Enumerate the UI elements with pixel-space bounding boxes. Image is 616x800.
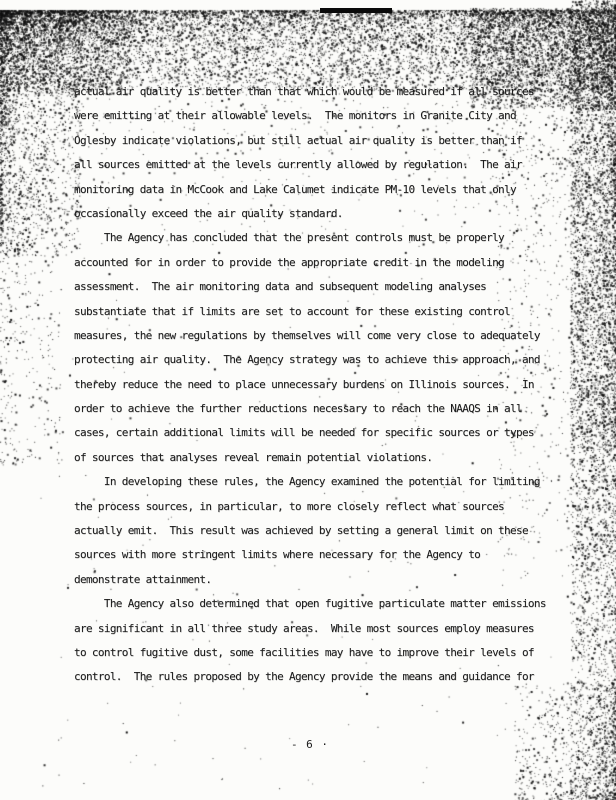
text-line: substantiate that if limits are set to a… [74, 300, 556, 324]
text-line: The Agency also determined that open fug… [74, 592, 556, 616]
text-line: monitoring data in McCook and Lake Calum… [74, 178, 556, 202]
text-line: measures, the new regulations by themsel… [74, 324, 556, 348]
text-line: are significant in all three study areas… [74, 617, 556, 641]
text-line: occasionally exceed the air quality stan… [74, 202, 556, 226]
text-line: actual air quality is better than that w… [74, 80, 556, 104]
text-line: demonstrate attainment. [74, 568, 556, 592]
text-line: protecting air quality. The Agency strat… [74, 348, 556, 372]
text-line: were emitting at their allowable levels.… [74, 104, 556, 128]
text-line: thereby reduce the need to place unneces… [74, 373, 556, 397]
text-line: of sources that analyses reveal remain p… [74, 446, 556, 470]
text-line: In developing these rules, the Agency ex… [74, 470, 556, 494]
text-line: all sources emitted at the levels curren… [74, 153, 556, 177]
scan-black-bar-artifact [320, 8, 392, 13]
page-number: - 6 · [75, 738, 545, 751]
text-line: sources with more stringent limits where… [74, 543, 556, 567]
body-text: actual air quality is better than that w… [74, 80, 556, 690]
text-line: order to achieve the further reductions … [74, 397, 556, 421]
text-line: control. The rules proposed by the Agenc… [74, 665, 556, 689]
document-page: actual air quality is better than that w… [0, 0, 616, 800]
text-line: accounted for in order to provide the ap… [74, 251, 556, 275]
text-line: actually emit. This result was achieved … [74, 519, 556, 543]
text-line: the process sources, in particular, to m… [74, 495, 556, 519]
text-line: to control fugitive dust, some facilitie… [74, 641, 556, 665]
text-line: assessment. The air monitoring data and … [74, 275, 556, 299]
text-line: Oglesby indicate violations, but still a… [74, 129, 556, 153]
text-line: The Agency has concluded that the presen… [74, 226, 556, 250]
text-line: cases, certain additional limits will be… [74, 421, 556, 445]
